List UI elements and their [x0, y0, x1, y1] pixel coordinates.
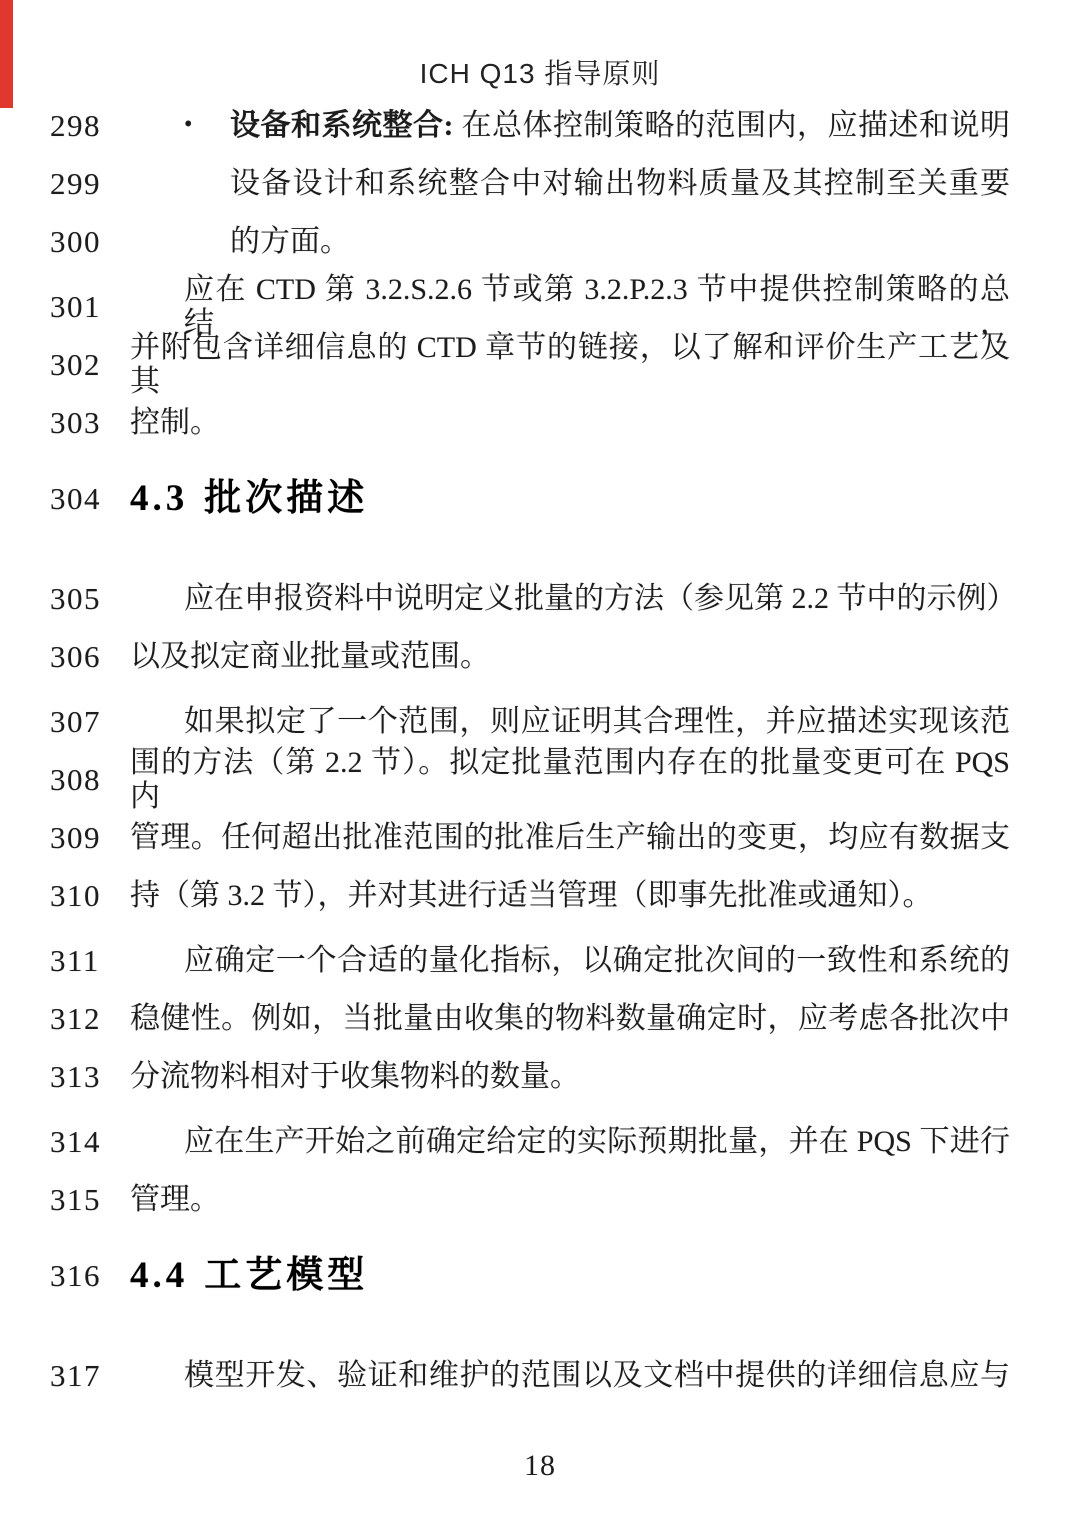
red-edge-mark — [0, 0, 13, 108]
line-text: 设备设计和系统整合中对输出物料质量及其控制至关重要 — [130, 167, 1010, 202]
line-number: 317 — [50, 1358, 130, 1394]
text-segment: 设备设计和系统整合中对输出物料质量及其控制至关重要 — [230, 167, 1010, 200]
document-line: 313分流物料相对于收集物料的数量。 — [50, 1048, 1080, 1106]
line-number: 298 — [50, 108, 130, 144]
line-text: 管理。任何超出批准范围的批准后生产输出的变更，均应有数据支 — [130, 821, 1010, 856]
line-text: 以及拟定商业批量或范围。 — [130, 640, 1010, 675]
document-line: 302并附包含详细信息的 CTD 章节的链接，以了解和评价生产工艺及其 — [50, 336, 1080, 394]
line-text: 模型开发、验证和维护的范围以及文档中提供的详细信息应与 — [130, 1359, 1010, 1394]
line-text: 持（第 3.2 节），并对其进行适当管理（即事先批准或通知）。 — [130, 879, 1010, 914]
text-segment: 4.3 — [130, 478, 188, 519]
text-segment: 控制。 — [130, 406, 220, 439]
text-segment: 并附包含详细信息的 CTD 章节的链接，以了解和评价生产工艺及其 — [130, 331, 1010, 399]
text-segment: 管理。 — [130, 1183, 220, 1216]
line-number: 309 — [50, 820, 130, 856]
document-line: 311应确定一个合适的量化指标，以确定批次间的一致性和系统的 — [50, 932, 1080, 990]
document-lines: 298•设备和系统整合: 在总体控制策略的范围内，应描述和说明299设备设计和系… — [0, 97, 1080, 1405]
text-segment: 在总体控制策略的范围内，应描述和说明 — [454, 109, 1011, 142]
document-line: 314应在生产开始之前确定给定的实际预期批量，并在 PQS 下进行 — [50, 1113, 1080, 1171]
text-segment: 4.4 — [130, 1255, 188, 1296]
text-segment: 应确定一个合适的量化指标，以确定批次间的一致性和系统的 — [184, 944, 1010, 977]
line-number: 306 — [50, 639, 130, 675]
text-segment: 围的方法（第 2.2 节）。拟定批量范围内存在的批量变更可在 PQS 内 — [130, 746, 1010, 814]
line-text: 应确定一个合适的量化指标，以确定批次间的一致性和系统的 — [130, 944, 1010, 979]
line-text: 围的方法（第 2.2 节）。拟定批量范围内存在的批量变更可在 PQS 内 — [130, 746, 1010, 815]
line-text: 管理。 — [130, 1183, 1010, 1218]
document-line: 300的方面。 — [50, 213, 1080, 271]
line-number: 302 — [50, 347, 130, 383]
section-heading: 4.4工艺模型 — [130, 1255, 1010, 1298]
document-line: 299设备设计和系统整合中对输出物料质量及其控制至关重要 — [50, 155, 1080, 213]
document-line: 307如果拟定了一个范围，则应证明其合理性，并应描述实现该范 — [50, 693, 1080, 751]
line-number: 315 — [50, 1182, 130, 1218]
line-text: 的方面。 — [130, 225, 1010, 260]
line-number: 304 — [50, 481, 130, 517]
document-line: 309管理。任何超出批准范围的批准后生产输出的变更，均应有数据支 — [50, 809, 1080, 867]
section-heading: 4.3批次描述 — [130, 478, 1010, 521]
document-header: ICH Q13 指导原则 — [0, 52, 1080, 92]
document-line: 308围的方法（第 2.2 节）。拟定批量范围内存在的批量变更可在 PQS 内 — [50, 751, 1080, 809]
text-segment: 如果拟定了一个范围，则应证明其合理性，并应描述实现该范 — [184, 705, 1010, 738]
line-number: 307 — [50, 704, 130, 740]
line-number: 299 — [50, 166, 130, 202]
text-segment: 以及拟定商业批量或范围。 — [130, 640, 490, 673]
line-number: 311 — [50, 943, 130, 979]
page-number: 18 — [0, 1449, 1080, 1483]
text-segment: 应在生产开始之前确定给定的实际预期批量，并在 PQS 下进行 — [184, 1125, 1010, 1158]
line-text: 并附包含详细信息的 CTD 章节的链接，以了解和评价生产工艺及其 — [130, 331, 1010, 400]
document-line: 301应在 CTD 第 3.2.S.2.6 节或第 3.2.P.2.3 节中提供… — [50, 278, 1080, 336]
text-segment: 稳健性。例如，当批量由收集的物料数量确定时，应考虑各批次中 — [130, 1002, 1010, 1035]
document-line: 310持（第 3.2 节），并对其进行适当管理（即事先批准或通知）。 — [50, 867, 1080, 925]
line-number: 303 — [50, 405, 130, 441]
document-line: 315管理。 — [50, 1171, 1080, 1229]
line-text: 控制。 — [130, 406, 1010, 441]
line-text: 分流物料相对于收集物料的数量。 — [130, 1060, 1010, 1095]
line-number: 308 — [50, 762, 130, 798]
document-line: 305应在申报资料中说明定义批量的方法（参见第 2.2 节中的示例） — [50, 570, 1080, 628]
line-number: 310 — [50, 878, 130, 914]
line-number: 316 — [50, 1258, 130, 1294]
bullet-icon: • — [184, 112, 192, 140]
line-text: 应在生产开始之前确定给定的实际预期批量，并在 PQS 下进行 — [130, 1125, 1010, 1160]
line-text: 如果拟定了一个范围，则应证明其合理性，并应描述实现该范 — [130, 705, 1010, 740]
document-line: 306以及拟定商业批量或范围。 — [50, 628, 1080, 686]
text-segment: 批次描述 — [204, 478, 368, 519]
text-segment: 应在申报资料中说明定义批量的方法（参见第 2.2 节中的示例） — [184, 582, 1017, 615]
document-line: 312稳健性。例如，当批量由收集的物料数量确定时，应考虑各批次中 — [50, 990, 1080, 1048]
text-segment: 模型开发、验证和维护的范围以及文档中提供的详细信息应与 — [184, 1359, 1010, 1392]
text-segment: 设备和系统整合: — [230, 109, 454, 142]
line-number: 312 — [50, 1001, 130, 1037]
text-segment: 的方面。 — [230, 225, 350, 258]
document-line: 3044.3批次描述 — [50, 468, 1080, 530]
document-line: 3164.4工艺模型 — [50, 1245, 1080, 1307]
document-line: 317模型开发、验证和维护的范围以及文档中提供的详细信息应与 — [50, 1347, 1080, 1405]
line-number: 305 — [50, 581, 130, 617]
line-number: 301 — [50, 289, 130, 325]
document-line: 303控制。 — [50, 394, 1080, 452]
text-segment: 持（第 3.2 节），并对其进行适当管理（即事先批准或通知）。 — [130, 879, 933, 912]
text-segment: 管理。任何超出批准范围的批准后生产输出的变更，均应有数据支 — [130, 821, 1010, 854]
text-segment: 工艺模型 — [204, 1255, 368, 1296]
document-line: 298•设备和系统整合: 在总体控制策略的范围内，应描述和说明 — [50, 97, 1080, 155]
text-segment: 分流物料相对于收集物料的数量。 — [130, 1060, 580, 1093]
line-number: 300 — [50, 224, 130, 260]
line-number: 313 — [50, 1059, 130, 1095]
line-text: 应在申报资料中说明定义批量的方法（参见第 2.2 节中的示例） — [130, 582, 1010, 617]
line-text: 稳健性。例如，当批量由收集的物料数量确定时，应考虑各批次中 — [130, 1002, 1010, 1037]
line-number: 314 — [50, 1124, 130, 1160]
line-text: •设备和系统整合: 在总体控制策略的范围内，应描述和说明 — [130, 109, 1010, 144]
